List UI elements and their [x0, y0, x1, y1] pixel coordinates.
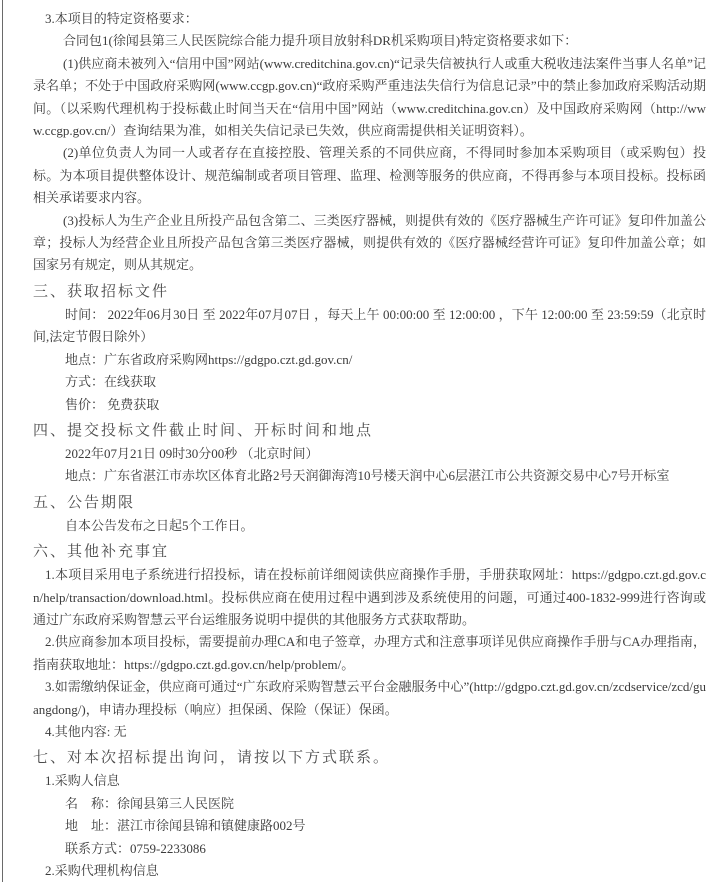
section-heading: 三、获取招标文件	[33, 281, 706, 304]
paragraph: 名 称：徐闻县第三人民医院	[33, 793, 706, 815]
section-heading: 六、其他补充事宜	[33, 541, 706, 564]
paragraph: 2022年07月21日 09时30分00秒 （北京时间）	[33, 443, 706, 465]
paragraph: 3.如需缴纳保证金，供应商可通过“广东政府采购智慧云平台金融服务中心”(http…	[33, 676, 706, 721]
paragraph: 时间： 2022年06月30日 至 2022年07月07日 ，每天上午 00:0…	[33, 304, 706, 349]
document-page: 3.本项目的特定资格要求：合同包1(徐闻县第三人民医院综合能力提升项目放射科DR…	[0, 0, 726, 882]
paragraph: 地点：广东省湛江市赤坎区体育北路2号天润御海湾10号楼天润中心6层湛江市公共资源…	[33, 465, 706, 487]
paragraph: (3)投标人为生产企业且所投产品包含第二、三类医疗器械，则提供有效的《医疗器械生…	[33, 210, 706, 277]
paragraph: 2.采购代理机构信息	[33, 860, 706, 882]
paragraph: 2.供应商参加本项目投标，需要提前办理CA和电子签章，办理方式和注意事项详见供应…	[33, 631, 706, 676]
paragraph: 1.采购人信息	[33, 770, 706, 792]
paragraph: 自本公告发布之日起5个工作日。	[33, 515, 706, 537]
section-heading: 四、提交投标文件截止时间、开标时间和地点	[33, 420, 706, 443]
page-left-border	[2, 0, 3, 882]
paragraph: 售价： 免费获取	[33, 394, 706, 416]
paragraph: (2)单位负责人为同一人或者存在直接控股、管理关系的不同供应商，不得同时参加本采…	[33, 142, 706, 209]
paragraph: 合同包1(徐闻县第三人民医院综合能力提升项目放射科DR机采购项目)特定资格要求如…	[33, 30, 706, 52]
document-content: 3.本项目的特定资格要求：合同包1(徐闻县第三人民医院综合能力提升项目放射科DR…	[0, 0, 726, 882]
paragraph: 方式：在线获取	[33, 371, 706, 393]
paragraph: 地 址：湛江市徐闻县锦和镇健康路002号	[33, 815, 706, 837]
paragraph: 1.本项目采用电子系统进行招投标，请在投标前详细阅读供应商操作手册，手册获取网址…	[33, 564, 706, 631]
section-heading: 七、对本次招标提出询问，请按以下方式联系。	[33, 747, 706, 770]
paragraph: (1)供应商未被列入“信用中国”网站(www.creditchina.gov.c…	[33, 53, 706, 143]
paragraph: 联系方式：0759-2233086	[33, 838, 706, 860]
paragraph: 4.其他内容: 无	[33, 721, 706, 743]
paragraph: 3.本项目的特定资格要求：	[33, 8, 706, 30]
section-heading: 五、公告期限	[33, 492, 706, 515]
paragraph: 地点：广东省政府采购网https://gdgpo.czt.gd.gov.cn/	[33, 349, 706, 371]
